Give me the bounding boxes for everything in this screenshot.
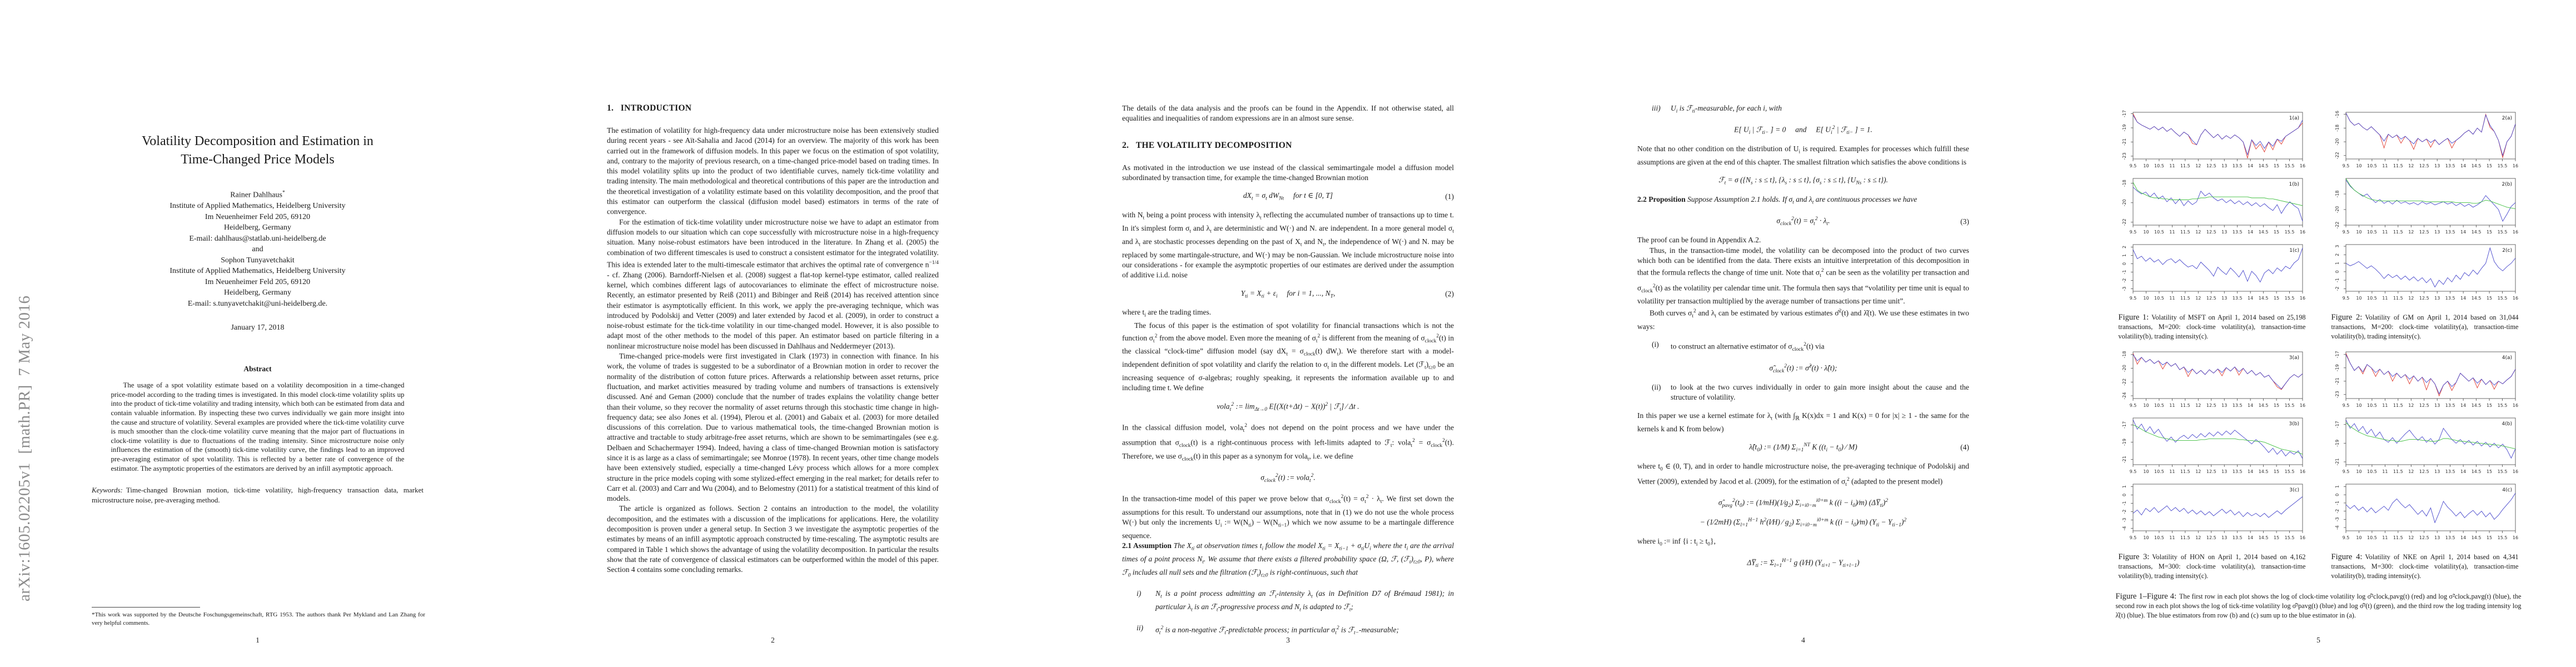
svg-text:-22: -22 <box>2122 218 2127 226</box>
svg-text:9.5: 9.5 <box>2129 535 2136 540</box>
svg-text:12: 12 <box>2408 230 2414 235</box>
svg-text:15.5: 15.5 <box>2284 163 2294 168</box>
svg-text:0: 0 <box>2335 270 2340 273</box>
page4-p-block-7: The proof can be found in Appendix A.2. <box>1637 235 1969 245</box>
svg-text:9.5: 9.5 <box>2129 469 2136 474</box>
page4-p-block-13: In this paper we use a kernel estimate f… <box>1637 411 1969 434</box>
page2-p-block-2: The estimation of volatility for high-fr… <box>607 126 939 217</box>
svg-text:-20: -20 <box>2122 365 2127 372</box>
figure-1-series-blue <box>2133 187 2303 221</box>
svg-text:10: 10 <box>2356 163 2361 168</box>
page-number-2: 2 <box>515 636 1030 645</box>
svg-text:-2: -2 <box>2335 509 2340 514</box>
svg-text:16: 16 <box>2299 469 2305 474</box>
svg-text:10.5: 10.5 <box>2154 296 2164 301</box>
svg-text:11: 11 <box>2169 403 2175 408</box>
svg-text:15.5: 15.5 <box>2497 230 2507 235</box>
svg-text:-21: -21 <box>2335 459 2340 466</box>
figure-2-corner-label: 2(a) <box>2502 116 2512 121</box>
figure-3-series-blue <box>2133 355 2303 389</box>
svg-text:10: 10 <box>2143 296 2149 301</box>
svg-text:-20: -20 <box>2122 199 2127 206</box>
svg-text:-17: -17 <box>2335 421 2340 429</box>
figure-column-1: -17-19-21-239.51010.51111.51212.51313.51… <box>2116 110 2308 590</box>
svg-text:13.5: 13.5 <box>2445 230 2455 235</box>
page4-eq-block-17: − (1⁄2mH) (Σl=1H−1 h2(l⁄H) ⁄ g2) Σi=i0−m… <box>1637 517 1969 528</box>
author-line-3: Im Neuenheimer Feld 205, 69120 <box>0 212 515 223</box>
svg-text:15: 15 <box>2273 535 2279 540</box>
svg-text:10.5: 10.5 <box>2367 163 2377 168</box>
svg-text:14.5: 14.5 <box>2471 403 2481 408</box>
svg-text:-18: -18 <box>2335 190 2340 197</box>
svg-text:-19: -19 <box>2335 440 2340 447</box>
svg-text:-19: -19 <box>2122 124 2127 131</box>
title-line-2: Time-Changed Price Models <box>0 151 515 169</box>
svg-text:11: 11 <box>2169 535 2175 540</box>
svg-text:-18: -18 <box>2335 125 2340 132</box>
svg-text:16: 16 <box>2299 403 2305 408</box>
svg-text:14.5: 14.5 <box>2471 163 2481 168</box>
figure-1-caption: Figure 1:Volatility of MSFT on April 1, … <box>2119 313 2306 341</box>
svg-text:11.5: 11.5 <box>2393 403 2403 408</box>
page-number-3: 3 <box>1030 636 1546 645</box>
svg-text:14.5: 14.5 <box>2471 469 2481 474</box>
figure-3-series-red <box>2133 354 2303 390</box>
svg-text:15.5: 15.5 <box>2497 469 2507 474</box>
svg-text:-17: -17 <box>2122 421 2127 429</box>
svg-text:1: 1 <box>2335 485 2340 488</box>
svg-text:10: 10 <box>2143 403 2149 408</box>
svg-text:14.5: 14.5 <box>2258 535 2268 540</box>
figure-2-series-red <box>2346 113 2515 157</box>
svg-text:14.5: 14.5 <box>2471 230 2481 235</box>
footnote: *This work was supported by the Deutsche… <box>92 607 425 627</box>
author-block: Rainer Dahlhaus*Institute of Applied Mat… <box>0 188 515 309</box>
figure-3-panel-3(a): -18-20-22-249.51010.51111.51212.51313.51… <box>2116 350 2308 413</box>
page-4-content: iii)Ui is ℱti-measurable, for each i, wi… <box>1546 0 2061 569</box>
svg-text:12.5: 12.5 <box>2419 163 2429 168</box>
svg-text:13.5: 13.5 <box>2232 469 2242 474</box>
figure-2-caption-head: Figure 2: <box>2331 313 2363 322</box>
svg-text:9.5: 9.5 <box>2129 230 2136 235</box>
page4-item-block-1: iii)Ui is ℱti-measurable, for each i, wi… <box>1652 103 1969 117</box>
figure-4-series-green <box>2346 423 2515 449</box>
svg-text:12: 12 <box>2408 403 2414 408</box>
svg-text:11: 11 <box>2169 230 2175 235</box>
page4-lead-block-5: 2.2 Proposition Suppose Assumption 2.1 h… <box>1637 195 1969 208</box>
page4-eq-block-4: ℱt = σ ({Ns : s ≤ t}, {λs : s ≤ t}, {σs … <box>1637 176 1969 186</box>
svg-text:14: 14 <box>2460 469 2466 474</box>
abstract-text: The usage of a spot volatility estimate … <box>111 381 405 473</box>
author-line-2: Institute of Applied Mathematics, Heidel… <box>0 201 515 212</box>
svg-text:11.5: 11.5 <box>2180 296 2190 301</box>
svg-text:15.5: 15.5 <box>2284 403 2294 408</box>
author-line-11: E-mail: s.tunyavetchakit@uni-heidelberg.… <box>0 298 515 310</box>
svg-text:15: 15 <box>2486 403 2492 408</box>
figure-2-panel-2(a): -16-18-20-229.51010.51111.51212.51313.51… <box>2329 110 2521 173</box>
svg-text:-24: -24 <box>2122 392 2127 400</box>
figure-1-series-blue <box>2133 248 2303 282</box>
svg-text:-3: -3 <box>2335 517 2340 522</box>
svg-text:15.5: 15.5 <box>2284 296 2294 301</box>
svg-text:12.5: 12.5 <box>2206 163 2216 168</box>
page3-p-block-1: The details of the data analysis and the… <box>1122 103 1454 124</box>
svg-text:12: 12 <box>2195 230 2201 235</box>
page4-eq-block-19: ΔY̅ti := Σl=1H−1 g (l⁄H) (Yti+l − Yti+l−… <box>1637 558 1969 569</box>
svg-text:14.5: 14.5 <box>2258 163 2268 168</box>
page-number-4: 4 <box>1546 636 2061 645</box>
svg-text:-23: -23 <box>2335 391 2340 399</box>
svg-text:12: 12 <box>2408 469 2414 474</box>
page3-lead-block-13: 2.1 Assumption The Xti at observation ti… <box>1122 541 1454 581</box>
svg-text:13.5: 13.5 <box>2232 403 2242 408</box>
figure-4-corner-label: 4(c) <box>2502 487 2512 493</box>
figure-2-caption: Figure 2:Volatility of GM on April 1, 20… <box>2331 313 2519 341</box>
svg-text:-1: -1 <box>2122 501 2127 506</box>
svg-text:-22: -22 <box>2122 379 2127 386</box>
svg-text:-1: -1 <box>2335 278 2340 282</box>
svg-text:10.5: 10.5 <box>2367 469 2377 474</box>
figure-4-corner-label: 4(a) <box>2502 355 2512 361</box>
svg-text:13: 13 <box>2221 163 2227 168</box>
svg-text:12: 12 <box>2408 296 2414 301</box>
author-line-1: Rainer Dahlhaus* <box>0 188 515 201</box>
svg-text:13: 13 <box>2434 230 2440 235</box>
figure-1-corner-label: 1(c) <box>2289 248 2299 253</box>
svg-text:10.5: 10.5 <box>2154 535 2164 540</box>
page4-eq-block-2: E[ Ui | ℱti− ] = 0 and E[ Ui2 | ℱti− ] =… <box>1637 125 1969 136</box>
svg-text:-21: -21 <box>2335 378 2340 385</box>
svg-text:15: 15 <box>2273 403 2279 408</box>
svg-text:14: 14 <box>2248 163 2253 168</box>
svg-text:12.5: 12.5 <box>2419 296 2429 301</box>
svg-text:14.5: 14.5 <box>2258 296 2268 301</box>
svg-text:13.5: 13.5 <box>2445 296 2455 301</box>
figure-4-caption-head: Figure 4: <box>2331 552 2363 561</box>
page-3-content: The details of the data analysis and the… <box>1030 0 1546 639</box>
svg-text:12.5: 12.5 <box>2419 469 2429 474</box>
svg-text:0: 0 <box>2122 262 2127 265</box>
svg-text:11.5: 11.5 <box>2180 535 2190 540</box>
svg-text:10: 10 <box>2143 469 2149 474</box>
svg-text:13: 13 <box>2221 535 2227 540</box>
page3-p-block-5: with Nt being a point process with inten… <box>1122 210 1454 281</box>
svg-text:15.5: 15.5 <box>2497 296 2507 301</box>
paper-date: January 17, 2018 <box>0 323 515 332</box>
svg-text:13: 13 <box>2434 535 2440 540</box>
svg-text:-3: -3 <box>2122 287 2127 291</box>
figure-1-series-red <box>2133 114 2303 158</box>
page3-h-block-2: 2. THE VOLATILITY DECOMPOSITION <box>1122 141 1454 151</box>
svg-text:13.5: 13.5 <box>2232 296 2242 301</box>
author-line-10: Heidelberg, Germany <box>0 287 515 298</box>
svg-text:9.5: 9.5 <box>2129 163 2136 168</box>
combined-caption-body: The first row in each plot shows the log… <box>2116 593 2522 619</box>
page3-eq-block-6: Yti = Xti + εi for i = 1, ..., NT,(2) <box>1122 289 1454 300</box>
svg-text:1: 1 <box>2122 485 2127 488</box>
combined-caption-head: Figure 1–Figure 4: <box>2116 592 2177 601</box>
page2-p-block-5: The article is organized as follows. Sec… <box>607 504 939 575</box>
svg-text:15.5: 15.5 <box>2497 403 2507 408</box>
svg-text:12: 12 <box>2195 296 2201 301</box>
svg-text:2: 2 <box>2122 246 2127 248</box>
figure-4-corner-label: 4(b) <box>2502 421 2512 427</box>
author-line-4: Heidelberg, Germany <box>0 222 515 233</box>
svg-text:10.5: 10.5 <box>2367 296 2377 301</box>
page2-p-block-3: For the estimation of tick-time volatili… <box>607 217 939 351</box>
page4-eq-block-16: σ̂pavg2(t0) := (1⁄mH)(1⁄g2) Σi=i0−mi0+m … <box>1637 498 1969 509</box>
title-line-1: Volatility Decomposition and Estimation … <box>0 132 515 151</box>
svg-text:13: 13 <box>2434 163 2440 168</box>
svg-text:11: 11 <box>2382 469 2388 474</box>
svg-text:-21: -21 <box>2122 456 2127 464</box>
svg-text:16: 16 <box>2512 230 2518 235</box>
svg-text:15: 15 <box>2486 230 2492 235</box>
svg-text:12: 12 <box>2195 403 2201 408</box>
figure-2-corner-label: 2(c) <box>2502 248 2512 253</box>
svg-text:11: 11 <box>2382 535 2388 540</box>
page4-item-block-12: (ii)to look at the two curves individual… <box>1652 382 1969 403</box>
figure-1-series-green <box>2133 182 2303 206</box>
svg-text:14.5: 14.5 <box>2258 403 2268 408</box>
svg-text:15.5: 15.5 <box>2497 535 2507 540</box>
page2-h-block-1: 1. INTRODUCTION <box>607 103 939 113</box>
svg-text:10.5: 10.5 <box>2154 469 2164 474</box>
figure-2-series-blue <box>2346 248 2515 287</box>
figure-1-panel-1(a): -17-19-21-239.51010.51111.51212.51313.51… <box>2116 110 2308 173</box>
svg-text:12.5: 12.5 <box>2206 296 2216 301</box>
figure-3-caption: Figure 3:Volatility of HON on April 1, 2… <box>2119 552 2306 580</box>
svg-text:16: 16 <box>2512 163 2518 168</box>
svg-text:16: 16 <box>2512 403 2518 408</box>
svg-text:10: 10 <box>2143 230 2149 235</box>
svg-text:12.5: 12.5 <box>2206 403 2216 408</box>
svg-text:10.5: 10.5 <box>2154 403 2164 408</box>
svg-text:15.5: 15.5 <box>2284 535 2294 540</box>
svg-text:-20: -20 <box>2335 206 2340 213</box>
svg-text:16: 16 <box>2512 469 2518 474</box>
svg-text:-16: -16 <box>2335 111 2340 118</box>
svg-text:14: 14 <box>2460 163 2466 168</box>
svg-text:-23: -23 <box>2122 152 2127 160</box>
figure-4-series-blue <box>2346 355 2515 394</box>
svg-text:13: 13 <box>2221 230 2227 235</box>
page3-p-block-7: where ti are the trading times. <box>1122 307 1454 321</box>
svg-text:14: 14 <box>2248 230 2253 235</box>
keywords: Keywords:Time-changed Brownian motion, t… <box>92 485 423 505</box>
svg-text:10.5: 10.5 <box>2367 403 2377 408</box>
svg-text:10: 10 <box>2356 535 2361 540</box>
page-5: -17-19-21-239.51010.51111.51212.51313.51… <box>2061 0 2576 667</box>
svg-text:13.5: 13.5 <box>2445 163 2455 168</box>
author-line-7: Sophon Tunyavetchakit <box>0 255 515 266</box>
page3-eq-block-9: volat2 := limΔt→0 E[(X(t+Δt) − X(t))2 | … <box>1122 402 1454 412</box>
figure-3-panel-3(c): 10-1-2-3-49.51010.51111.51212.51313.5141… <box>2116 482 2308 545</box>
svg-text:16: 16 <box>2512 296 2518 301</box>
page3-p-block-8: The focus of this paper is the estimatio… <box>1122 321 1454 393</box>
svg-text:12: 12 <box>2408 163 2414 168</box>
svg-text:15: 15 <box>2273 296 2279 301</box>
svg-text:10.5: 10.5 <box>2367 535 2377 540</box>
author-line-6: and <box>0 244 515 255</box>
svg-text:14: 14 <box>2248 469 2253 474</box>
svg-text:12.5: 12.5 <box>2419 403 2429 408</box>
figure-1-panel-1(c): 210-1-2-39.51010.51111.51212.51313.51414… <box>2116 242 2308 306</box>
svg-text:10: 10 <box>2356 403 2361 408</box>
svg-text:13.5: 13.5 <box>2445 535 2455 540</box>
figure-1-panel-1(b): -18-20-229.51010.51111.51212.51313.51414… <box>2116 176 2308 240</box>
svg-text:11.5: 11.5 <box>2180 163 2190 168</box>
svg-text:16: 16 <box>2299 296 2305 301</box>
svg-text:14.5: 14.5 <box>2471 296 2481 301</box>
svg-text:12.5: 12.5 <box>2206 469 2216 474</box>
svg-text:10: 10 <box>2356 296 2361 301</box>
svg-text:11: 11 <box>2382 230 2388 235</box>
figure-4-panel-4(c): 10-1-2-3-49.51010.51111.51212.51313.5141… <box>2329 482 2521 545</box>
svg-text:15: 15 <box>2486 296 2492 301</box>
svg-text:15: 15 <box>2486 469 2492 474</box>
svg-text:14: 14 <box>2460 535 2466 540</box>
svg-text:15: 15 <box>2273 230 2279 235</box>
svg-text:10.5: 10.5 <box>2367 230 2377 235</box>
svg-text:15: 15 <box>2273 469 2279 474</box>
svg-text:12.5: 12.5 <box>2206 535 2216 540</box>
svg-text:16: 16 <box>2299 535 2305 540</box>
svg-text:9.5: 9.5 <box>2342 296 2349 301</box>
page-3: The details of the data analysis and the… <box>1030 0 1546 667</box>
svg-text:-4: -4 <box>2122 526 2127 531</box>
page-2: 1. INTRODUCTIONThe estimation of volatil… <box>515 0 1030 667</box>
svg-text:14: 14 <box>2460 296 2466 301</box>
svg-text:11: 11 <box>2382 403 2388 408</box>
figure-2-series-blue <box>2346 180 2515 221</box>
svg-text:16: 16 <box>2512 535 2518 540</box>
svg-text:11: 11 <box>2169 163 2175 168</box>
svg-text:-20: -20 <box>2335 138 2340 146</box>
svg-text:9.5: 9.5 <box>2342 230 2349 235</box>
page-2-content: 1. INTRODUCTIONThe estimation of volatil… <box>515 0 1030 575</box>
page4-p-block-3: Note that no other condition on the dist… <box>1637 144 1969 167</box>
svg-text:-4: -4 <box>2335 526 2340 530</box>
svg-text:11: 11 <box>2169 296 2175 301</box>
figure-1-caption-head: Figure 1: <box>2119 313 2149 322</box>
svg-text:12.5: 12.5 <box>2419 535 2429 540</box>
svg-text:15.5: 15.5 <box>2497 163 2507 168</box>
svg-text:10: 10 <box>2143 163 2149 168</box>
page4-p-block-15: where t0 ∈ (0, T), and in order to handl… <box>1637 461 1969 490</box>
page3-p-block-10: In the classical diffusion model, volat2… <box>1122 421 1454 465</box>
svg-text:9.5: 9.5 <box>2129 403 2136 408</box>
svg-text:16: 16 <box>2299 230 2305 235</box>
figure-3-corner-label: 3(a) <box>2289 355 2299 361</box>
figure-2-series-blue <box>2346 113 2515 156</box>
page4-p-block-8: Thus, in the transaction-time model, the… <box>1637 246 1969 307</box>
svg-text:15.5: 15.5 <box>2284 469 2294 474</box>
svg-text:11: 11 <box>2169 469 2175 474</box>
figure-2-panel-2(b): -18-20-229.51010.51111.51212.51313.51414… <box>2329 176 2521 240</box>
page3-p-block-12: In the transaction-time model of this pa… <box>1122 492 1454 541</box>
svg-text:14: 14 <box>2460 403 2466 408</box>
figure-2-panel-2(c): 3210-1-29.51010.51111.51212.51313.51414.… <box>2329 242 2521 306</box>
page3-eq-block-4: dXt = σt dWNt for t ∈ [0, T](1) <box>1122 191 1454 202</box>
svg-text:15: 15 <box>2273 163 2279 168</box>
svg-text:15.5: 15.5 <box>2284 230 2294 235</box>
svg-text:14.5: 14.5 <box>2471 535 2481 540</box>
page4-item-block-10: (i)to construct an alternative estimator… <box>1652 340 1969 355</box>
page-4: iii)Ui is ℱti-measurable, for each i, wi… <box>1546 0 2061 667</box>
page4-p-block-9: Both curves σt2 and λt can be estimated … <box>1637 306 1969 332</box>
figure-2-series-green <box>2346 178 2515 209</box>
svg-text:11.5: 11.5 <box>2393 296 2403 301</box>
author-line-8: Institute of Applied Mathematics, Heidel… <box>0 266 515 277</box>
svg-text:2: 2 <box>2335 253 2340 256</box>
svg-text:11.5: 11.5 <box>2180 230 2190 235</box>
svg-text:-2: -2 <box>2335 286 2340 291</box>
svg-text:9.5: 9.5 <box>2129 296 2136 301</box>
svg-text:13.5: 13.5 <box>2445 403 2455 408</box>
page4-eq-block-6: σclock2(t) = σt2 · λt.(3) <box>1637 216 1969 227</box>
page3-p-block-3: As motivated in the introduction we use … <box>1122 163 1454 183</box>
abstract-heading: Abstract <box>0 365 515 374</box>
svg-text:14: 14 <box>2248 535 2253 540</box>
svg-text:12.5: 12.5 <box>2419 230 2429 235</box>
svg-text:11.5: 11.5 <box>2393 469 2403 474</box>
figure-3-series-blue <box>2133 497 2303 518</box>
svg-text:-3: -3 <box>2122 518 2127 522</box>
figure-1-series-blue <box>2133 115 2303 155</box>
svg-text:-22: -22 <box>2335 152 2340 159</box>
svg-text:-1: -1 <box>2335 501 2340 505</box>
figure-3-caption-head: Figure 3: <box>2119 552 2150 561</box>
figure-2-corner-label: 2(b) <box>2502 182 2512 187</box>
arxiv-watermark: arXiv:1605.02205v1 [math.PR] 7 May 2016 <box>16 173 34 601</box>
svg-text:12.5: 12.5 <box>2206 230 2216 235</box>
svg-text:10: 10 <box>2356 230 2361 235</box>
svg-text:14: 14 <box>2460 230 2466 235</box>
svg-text:10.5: 10.5 <box>2154 230 2164 235</box>
page4-eq-block-14: λ̂(t0) := (1⁄M) Σi=1NT K ((ti − t0) ⁄ M)… <box>1637 442 1969 453</box>
svg-text:-17: -17 <box>2335 351 2340 359</box>
paper-title: Volatility Decomposition and Estimation … <box>0 0 515 169</box>
svg-text:11.5: 11.5 <box>2393 230 2403 235</box>
svg-text:11.5: 11.5 <box>2180 403 2190 408</box>
author-line-9: Im Neuenheimer Feld 205, 69120 <box>0 277 515 288</box>
svg-text:-17: -17 <box>2122 110 2127 117</box>
svg-text:10.5: 10.5 <box>2154 163 2164 168</box>
svg-text:12: 12 <box>2408 535 2414 540</box>
svg-text:15: 15 <box>2486 163 2492 168</box>
page4-eq-block-11: σ̃clock2(t) := σ̂2(t) · λ̂(t); <box>1637 364 1969 374</box>
svg-text:11.5: 11.5 <box>2393 163 2403 168</box>
figure-3-panel-3(b): -17-19-219.51010.51111.51212.51313.51414… <box>2116 416 2308 479</box>
svg-text:10: 10 <box>2143 535 2149 540</box>
figure-columns: -17-19-21-239.51010.51111.51212.51313.51… <box>2116 110 2521 590</box>
page3-eq-block-11: σclock2(t) := volat2. <box>1122 473 1454 484</box>
figure-3-series-blue <box>2133 420 2303 459</box>
svg-text:9.5: 9.5 <box>2342 535 2349 540</box>
svg-text:3: 3 <box>2335 245 2340 248</box>
svg-text:-18: -18 <box>2122 180 2127 187</box>
figure-column-2: -16-18-20-229.51010.51111.51212.51313.51… <box>2329 110 2521 590</box>
svg-text:0: 0 <box>2122 494 2127 496</box>
svg-text:0: 0 <box>2335 494 2340 496</box>
svg-text:16: 16 <box>2299 163 2305 168</box>
svg-text:-19: -19 <box>2335 365 2340 372</box>
svg-text:9.5: 9.5 <box>2342 163 2349 168</box>
svg-text:11: 11 <box>2382 296 2388 301</box>
figure-1-corner-label: 1(a) <box>2289 116 2299 121</box>
svg-text:-2: -2 <box>2122 278 2127 283</box>
